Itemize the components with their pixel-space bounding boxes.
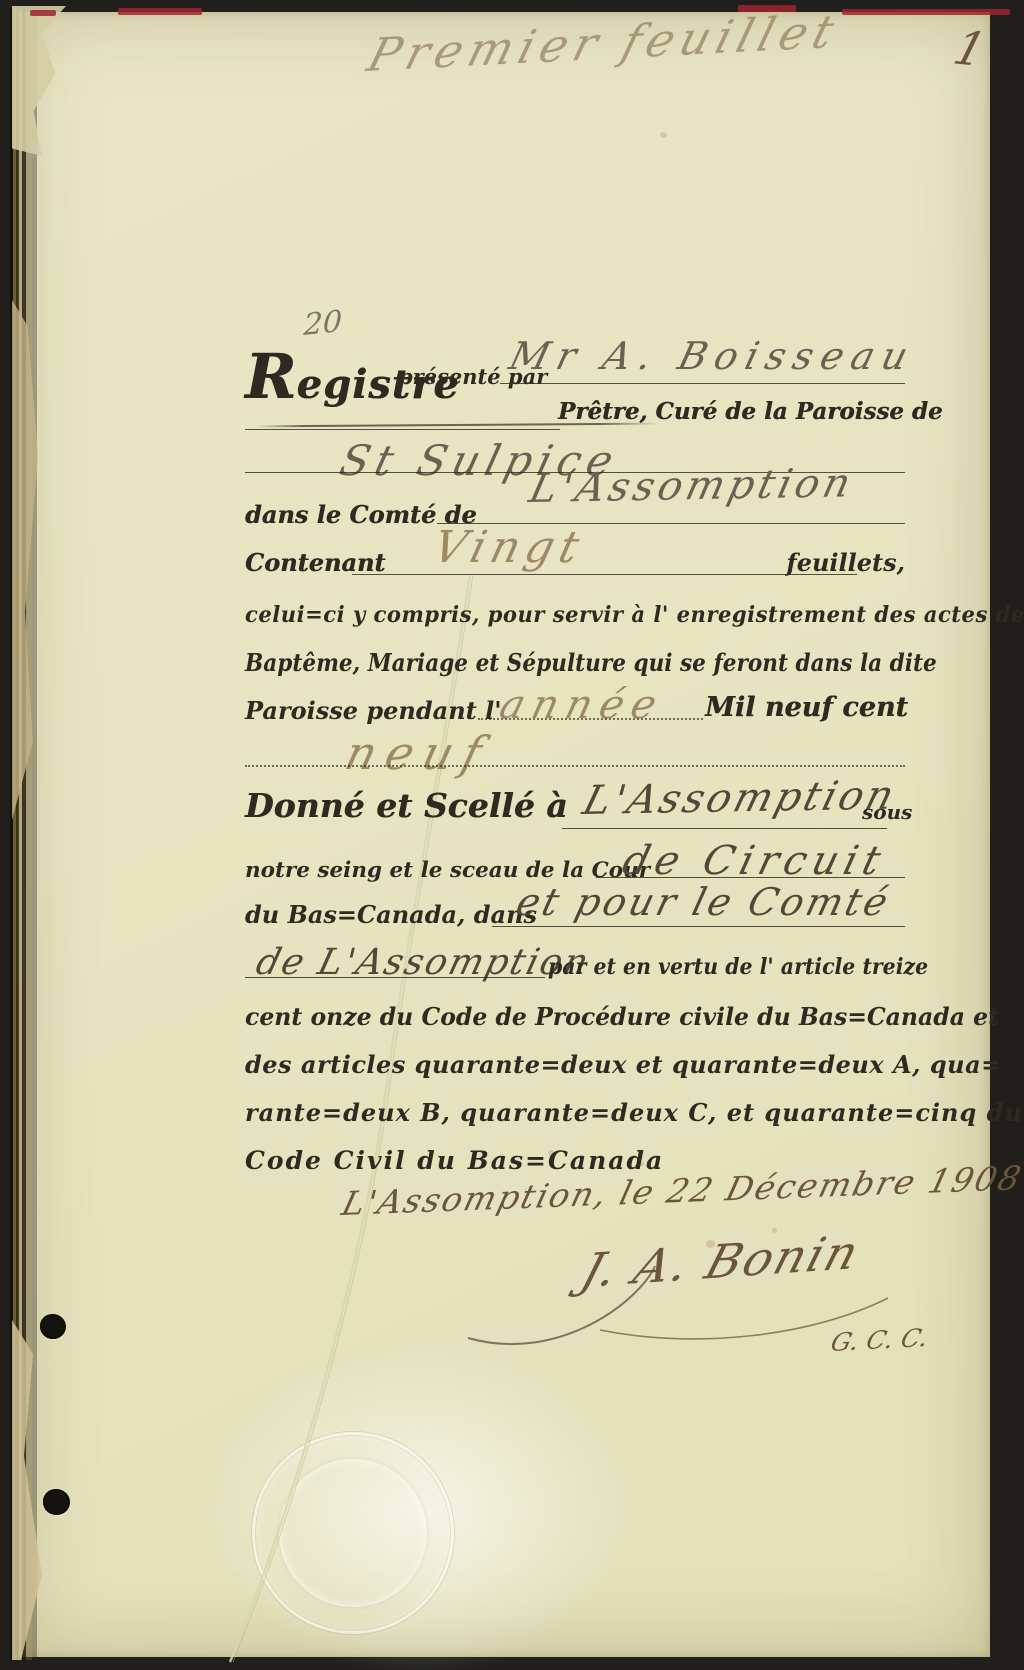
form-rule — [245, 977, 545, 978]
entry-year-number: neuf — [340, 726, 497, 780]
form-rule — [492, 926, 905, 927]
printed-sheets-label: feuillets, — [560, 548, 905, 577]
embossed-seal — [252, 1432, 454, 1634]
printed-legal-line3: des articles quarante=deux et quarante=d… — [245, 1050, 1002, 1079]
form-rule — [500, 383, 905, 384]
printed-legal-line1: par et en vertu de l' article treize — [548, 954, 928, 980]
foxing-spot — [660, 132, 667, 138]
entry-sealed-place: L'Assomption — [578, 773, 902, 824]
entry-court: de Circuit — [618, 838, 891, 884]
printed-legal-line4: rante=deux B, quarante=deux C, et quaran… — [245, 1098, 1023, 1127]
printed-sealed-label: Donné et Scellé à — [245, 786, 568, 825]
printed-sous-label: sous — [862, 800, 912, 824]
printed-legal-line5: Code Civil du Bas=Canada — [245, 1146, 664, 1175]
red-edge-mark — [118, 8, 202, 15]
signature-title: G. C. C. — [828, 1323, 931, 1357]
entry-year-word: année — [495, 682, 669, 728]
form-rule — [245, 765, 905, 767]
scan-background: { "scan": { "page_number": "1", "top_not… — [0, 0, 1024, 1670]
printed-legal-line2: cent onze du Code de Procédure civile du… — [245, 1002, 999, 1031]
printed-mil-label: Mil neuf cent — [705, 692, 908, 723]
red-edge-mark — [842, 9, 1010, 15]
form-rule — [562, 828, 887, 829]
pencil-note: 20 — [303, 304, 343, 343]
entry-county: L'Assomption — [525, 460, 859, 512]
form-rule — [478, 718, 703, 720]
printed-body-line2: Baptême, Mariage et Sépulture qui se fer… — [245, 648, 937, 677]
printed-priest-line: Prêtre, Curé de la Paroisse de — [558, 398, 906, 425]
form-rule — [245, 429, 560, 430]
printed-containing-label: Contenant — [245, 548, 385, 577]
punch-hole — [40, 1314, 66, 1339]
red-edge-mark — [30, 10, 56, 16]
printed-seal-line2: du Bas=Canada, dans — [245, 900, 537, 929]
punch-hole — [43, 1489, 70, 1515]
embossed-seal-inner-ring — [279, 1459, 427, 1607]
printed-body-line3: Paroisse pendant l' — [245, 696, 502, 725]
printed-body-line1: celui=ci y compris, pour servir à l' enr… — [245, 602, 1024, 628]
entry-county-clause: et pour le Comté — [512, 880, 895, 924]
entry-presented-by: Mr A. Boisseau — [505, 334, 920, 378]
